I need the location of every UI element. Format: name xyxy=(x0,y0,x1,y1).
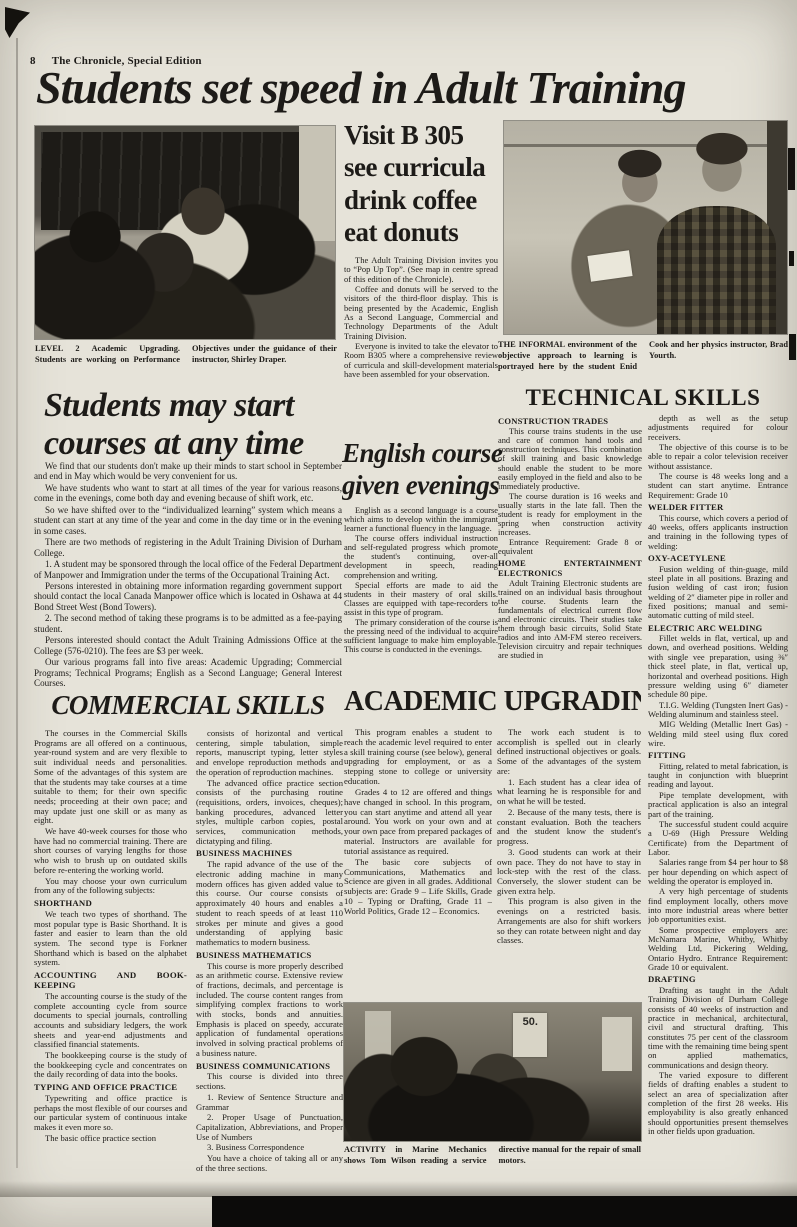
paragraph: Pipe template development, with practica… xyxy=(648,791,788,819)
paragraph: The course duration is 16 weeks and usua… xyxy=(498,492,642,537)
english-course-headline: English course given evenings xyxy=(342,438,504,502)
paragraph: The varied exposure to different fields … xyxy=(648,1071,788,1136)
paragraph: Grades 4 to 12 are offered and things ha… xyxy=(344,788,492,857)
paragraph: Some prospective employers are: McNamara… xyxy=(648,926,788,973)
paragraph: depth as well as the setup adjustments r… xyxy=(648,414,788,442)
anytime-headline: Students may start courses at any time xyxy=(44,387,349,463)
paragraph: Salaries range from $4 per hour to $8 pe… xyxy=(648,858,788,886)
paragraph: 1. Review of Sentence Structure and Gram… xyxy=(196,1093,343,1112)
paragraph: This course, which covers a period of 40… xyxy=(648,514,788,551)
paragraph: We find that our students don't make up … xyxy=(34,461,342,482)
informal-photo-caption: THE INFORMAL environment of the objectiv… xyxy=(498,340,788,386)
papers xyxy=(587,250,632,282)
technical-skills-headline: TECHNICAL SKILLS xyxy=(498,385,788,411)
main-headline: Students set speed in Adult Training xyxy=(36,63,788,114)
paragraph: The work each student is to accomplish i… xyxy=(497,728,641,777)
visit-b305-article-body: The Adult Training Division invites you … xyxy=(344,256,498,438)
paragraph: The basic core subjects of Communication… xyxy=(344,858,492,917)
paragraph: Fitting, related to metal fabrication, i… xyxy=(648,762,788,790)
column-subhead: ELECTRIC ARC WELDING xyxy=(648,624,788,634)
classroom-photo xyxy=(35,126,335,339)
paragraph: The course offers individual instruction… xyxy=(344,534,498,579)
page-number: 8 xyxy=(30,55,36,67)
paragraph: 1. Each student has a clear idea of what… xyxy=(497,778,641,807)
marine-mechanics-photo-caption: ACTIVITY in Marine Mechanics shows Tom W… xyxy=(344,1145,641,1177)
paragraph: 2. The second method of taking these pro… xyxy=(34,613,342,634)
anytime-article-body: We find that our students don't make up … xyxy=(34,461,342,690)
paragraph: This course is divided into three sectio… xyxy=(196,1072,343,1091)
paragraph: This course trains students in the use a… xyxy=(498,427,642,491)
paragraph: Adult Training Electronic students are t… xyxy=(498,579,642,661)
paragraph: Coffee and donuts will be served to the … xyxy=(344,285,498,341)
classroom-photo-caption: LEVEL 2 Academic Upgrading. Students are… xyxy=(35,344,337,388)
motors-and-figures-silhouettes xyxy=(344,1003,641,1141)
paragraph: consists of horizontal and vertical cent… xyxy=(196,729,343,778)
column-subhead: WELDER FITTER xyxy=(648,503,788,513)
column-subhead: OXY-ACETYLENE xyxy=(648,554,788,564)
column-subhead: BUSINESS MATHEMATICS xyxy=(196,951,343,961)
commercial-skills-headline: COMMERCIAL SKILLS xyxy=(34,690,342,721)
paragraph: This program enables a student to reach … xyxy=(344,728,492,787)
column-subhead: DRAFTING xyxy=(648,975,788,985)
paragraph: 1. A student may be sponsored through th… xyxy=(34,559,342,580)
scan-mark-right-2 xyxy=(789,251,794,266)
academic-upgrading-headline: ACADEMIC UPGRADING xyxy=(344,686,641,718)
paragraph: We teach two types of shorthand. The mos… xyxy=(34,910,187,968)
paragraph: The accounting course is the study of th… xyxy=(34,992,187,1050)
scan-mark-left-edge xyxy=(16,38,18,1168)
column-subhead: SHORTHAND xyxy=(34,899,187,909)
paragraph: 3. Business Correspondence xyxy=(196,1143,343,1153)
paragraph: The course is 48 weeks long and a studen… xyxy=(648,472,788,500)
paragraph: The primary consideration of the course … xyxy=(344,618,498,654)
paragraph: The rapid advance of the use of the elec… xyxy=(196,860,343,947)
marine-mechanics-photo: 50. xyxy=(344,1003,641,1141)
paragraph: The advanced office practice section con… xyxy=(196,779,343,847)
academic-column-2: The work each student is to accomplish i… xyxy=(497,728,641,1002)
paragraph: The successful student could acquire a U… xyxy=(648,820,788,857)
column-subhead: HOME ENTERTAINMENT ELECTRONICS xyxy=(498,559,642,577)
paragraph: Typewriting and office practice is perha… xyxy=(34,1094,187,1133)
paragraph: A very high percentage of students find … xyxy=(648,887,788,924)
newspaper-page: 8The Chronicle, Special Edition Students… xyxy=(0,0,797,1227)
paragraph: The Adult Training Division invites you … xyxy=(344,256,498,284)
paragraph: Persons interested in obtaining more inf… xyxy=(34,581,342,612)
paragraph: You may choose your own curriculum from … xyxy=(34,877,187,896)
paragraph: 3. Good students can work at their own p… xyxy=(497,848,641,897)
paragraph: Entrance Requirement: Grade 8 or equival… xyxy=(498,538,642,556)
students-silhouettes xyxy=(35,126,335,339)
paragraph: So we have shifted over to the “individu… xyxy=(34,505,342,536)
scan-mark-right-3 xyxy=(789,334,796,360)
paragraph: 2. Proper Usage of Punctuation, Capitali… xyxy=(196,1113,343,1142)
paragraph: The courses in the Commercial Skills Pro… xyxy=(34,729,187,826)
paragraph: 2. Because of the many tests, there is c… xyxy=(497,808,641,847)
visit-b305-headline: Visit B 305 see curricula drink coffee e… xyxy=(344,119,502,249)
technical-column-1: CONSTRUCTION TRADESThis course trains st… xyxy=(498,414,642,686)
column-subhead: BUSINESS MACHINES xyxy=(196,849,343,859)
paragraph: Persons interested should contact the Ad… xyxy=(34,635,342,656)
column-subhead: TYPING AND OFFICE PRACTICE xyxy=(34,1083,187,1093)
paragraph: Fusion welding of thin-guage, mild steel… xyxy=(648,565,788,621)
column-subhead: ACCOUNTING AND BOOK-KEEPING xyxy=(34,971,187,991)
academic-column-1: This program enables a student to reach … xyxy=(344,728,492,1002)
paragraph: The objective of this course is to be ab… xyxy=(648,443,788,471)
paragraph: MIG Welding (Metallic Inert Gas) - Weldi… xyxy=(648,720,788,748)
paragraph: The basic office practice section xyxy=(34,1134,187,1144)
scan-mark-corner xyxy=(5,7,30,38)
paragraph: This course is more properly described a… xyxy=(196,962,343,1059)
paragraph: You have a choice of taking all or any o… xyxy=(196,1154,343,1173)
commercial-column-1: The courses in the Commercial Skills Pro… xyxy=(34,729,187,1217)
scan-mark-right-1 xyxy=(788,148,795,190)
paragraph: We have 40-week courses for those who ha… xyxy=(34,827,187,876)
paragraph: T.I.G. Welding (Tungsten Inert Gas) - We… xyxy=(648,701,788,720)
paragraph: Special efforts are made to aid the stud… xyxy=(344,581,498,617)
paragraph: Drafting as taught in the Adult Training… xyxy=(648,986,788,1070)
informal-learning-photo xyxy=(504,121,787,334)
paragraph: This program is also given in the evenin… xyxy=(497,897,641,946)
paragraph: Fillet welds in flat, vertical, up and d… xyxy=(648,634,788,699)
english-course-article-body: English as a second language is a course… xyxy=(344,506,498,690)
paragraph: We have students who want to start at al… xyxy=(34,483,342,504)
commercial-column-2: consists of horizontal and vertical cent… xyxy=(196,729,343,1217)
paragraph: Our various programs fall into five area… xyxy=(34,657,342,688)
paragraph: English as a second language is a course… xyxy=(344,506,498,533)
technical-column-2: depth as well as the setup adjustments r… xyxy=(648,414,788,1216)
paragraph: Everyone is invited to take the elevator… xyxy=(344,342,498,379)
column-subhead: FITTING xyxy=(648,751,788,761)
column-subhead: CONSTRUCTION TRADES xyxy=(498,417,642,426)
paragraph: The bookkeeping course is the study of t… xyxy=(34,1051,187,1080)
paragraph: There are two methods of registering in … xyxy=(34,537,342,558)
column-subhead: BUSINESS COMMUNICATIONS xyxy=(196,1062,343,1072)
plaid-shirt-figure xyxy=(657,206,776,334)
